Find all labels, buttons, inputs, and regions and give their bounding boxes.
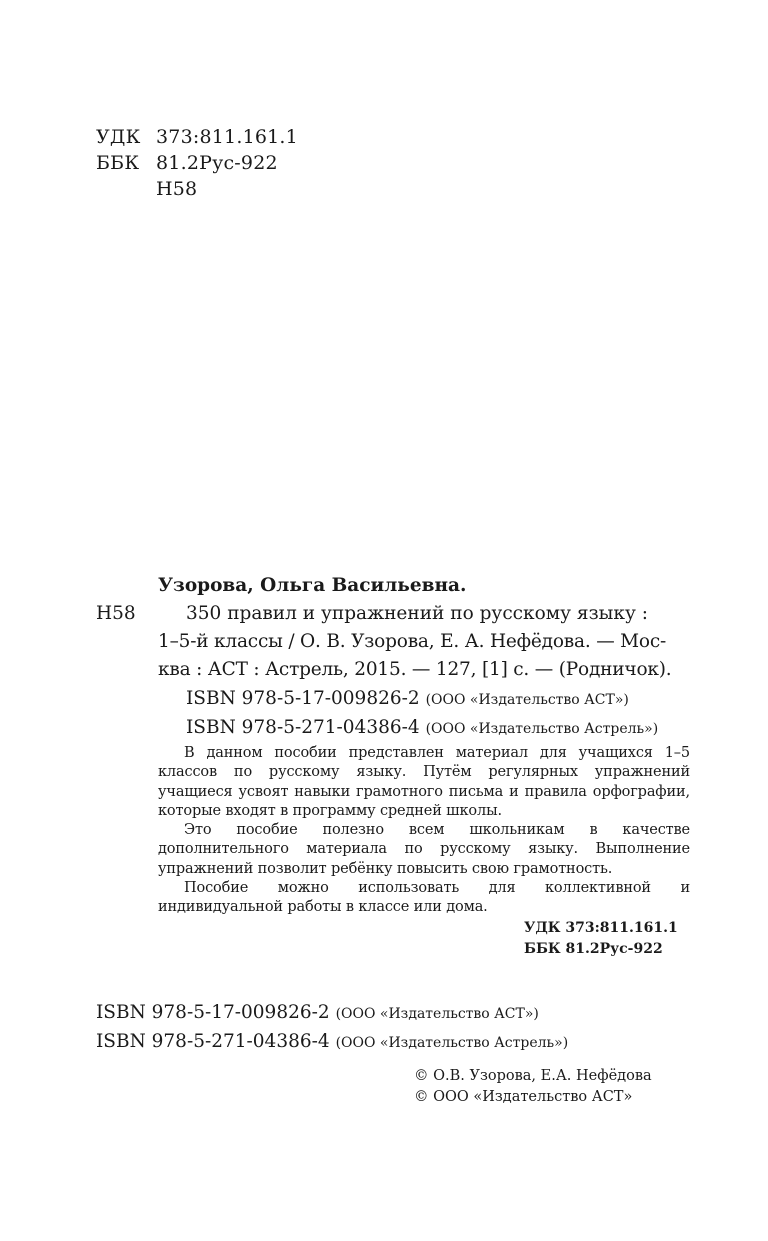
author-mark: Н58 — [96, 176, 298, 202]
annotation-paragraph: В данном пособии представлен материал дл… — [158, 744, 690, 821]
record-title-line: Н58350 правил и упражнений по русскому я… — [96, 600, 696, 628]
isbn-number: ISBN 978-5-17-009826-2 — [96, 1002, 330, 1023]
record-line-2: 1–5-й классы / О. В. Узорова, Е. А. Нефё… — [96, 628, 696, 656]
bbk-label: ББК — [96, 150, 156, 176]
bibliographic-record: Узорова, Ольга Васильевна. Н58350 правил… — [96, 572, 696, 684]
isbn-row: ISBN 978-5-271-04386-4 (ООО «Издательств… — [96, 1028, 568, 1057]
isbn-row: ISBN 978-5-271-04386-4 (ООО «Издательств… — [186, 714, 658, 743]
copyright-publisher: © ООО «Издательство АСТ» — [414, 1087, 652, 1108]
annotation: В данном пособии представлен материал дл… — [158, 744, 690, 918]
annotation-paragraph: Пособие можно использовать для коллектив… — [158, 879, 690, 918]
isbn-publisher: (ООО «Издательство АСТ») — [426, 692, 629, 708]
udk-code: УДК 373:811.161.1 — [524, 918, 678, 939]
record-author: Узорова, Ольга Васильевна. — [96, 572, 696, 600]
isbn-number: ISBN 978-5-271-04386-4 — [186, 717, 420, 738]
isbn-row: ISBN 978-5-17-009826-2 (ООО «Издательств… — [186, 685, 658, 714]
udk-label: УДК — [96, 124, 156, 150]
classification-block: УДК373:811.161.1 ББК81.2Рус-922 Н58 — [96, 124, 298, 202]
udk-row: УДК373:811.161.1 — [96, 124, 298, 150]
isbn-publisher: (ООО «Издательство Астрель») — [426, 721, 659, 737]
copyright-authors: © О.В. Узорова, Е.А. Нефёдова — [414, 1066, 652, 1087]
bbk-code: ББК 81.2Рус-922 — [524, 939, 678, 960]
isbn-bottom: ISBN 978-5-17-009826-2 (ООО «Издательств… — [96, 999, 568, 1057]
copyright-block: © О.В. Узорова, Е.А. Нефёдова © ООО «Изд… — [414, 1066, 652, 1108]
udk-value: 373:811.161.1 — [156, 126, 298, 148]
isbn-publisher: (ООО «Издательство АСТ») — [336, 1006, 539, 1022]
record-line-1: 350 правил и упражнений по русскому язык… — [158, 603, 648, 624]
isbn-publisher: (ООО «Издательство Астрель») — [336, 1035, 569, 1051]
codes-right: УДК 373:811.161.1 ББК 81.2Рус-922 — [524, 918, 678, 960]
isbn-block: ISBN 978-5-17-009826-2 (ООО «Издательств… — [186, 685, 658, 743]
bbk-row: ББК81.2Рус-922 — [96, 150, 298, 176]
isbn-number: ISBN 978-5-17-009826-2 — [186, 688, 420, 709]
bbk-value: 81.2Рус-922 — [156, 152, 278, 174]
record-author-mark: Н58 — [96, 600, 158, 628]
record-line-3: ква : АСТ : Астрель, 2015. — 127, [1] с.… — [96, 656, 696, 684]
annotation-paragraph: Это пособие полезно всем школьникам в ка… — [158, 821, 690, 879]
isbn-number: ISBN 978-5-271-04386-4 — [96, 1031, 330, 1052]
isbn-row: ISBN 978-5-17-009826-2 (ООО «Издательств… — [96, 999, 568, 1028]
